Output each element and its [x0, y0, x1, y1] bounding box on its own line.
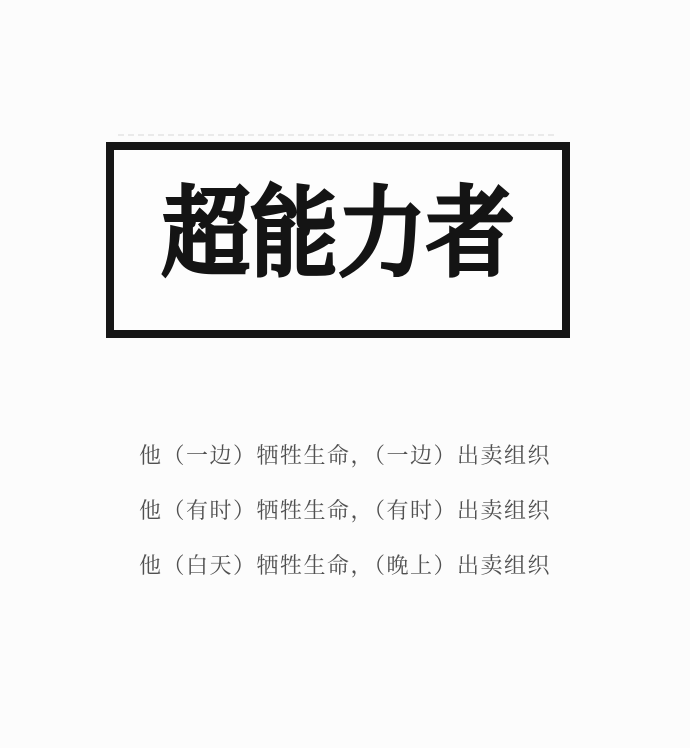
meme-image: 超能力者 他（一边）牺牲生命，（一边）出卖组织 他（有时）牺牲生命，（有时）出卖… — [0, 0, 690, 748]
sentence-line-1: 他（一边）牺牲生命，（一边）出卖组织 — [0, 428, 690, 483]
sentence-line-2: 他（有时）牺牲生命，（有时）出卖组织 — [0, 483, 690, 538]
sentence-list: 他（一边）牺牲生命，（一边）出卖组织 他（有时）牺牲生命，（有时）出卖组织 他（… — [0, 428, 690, 593]
sentence-line-3: 他（白天）牺牲生命，（晚上）出卖组织 — [0, 538, 690, 593]
title-box: 超能力者 — [106, 142, 570, 338]
title-text: 超能力者 — [162, 184, 515, 282]
